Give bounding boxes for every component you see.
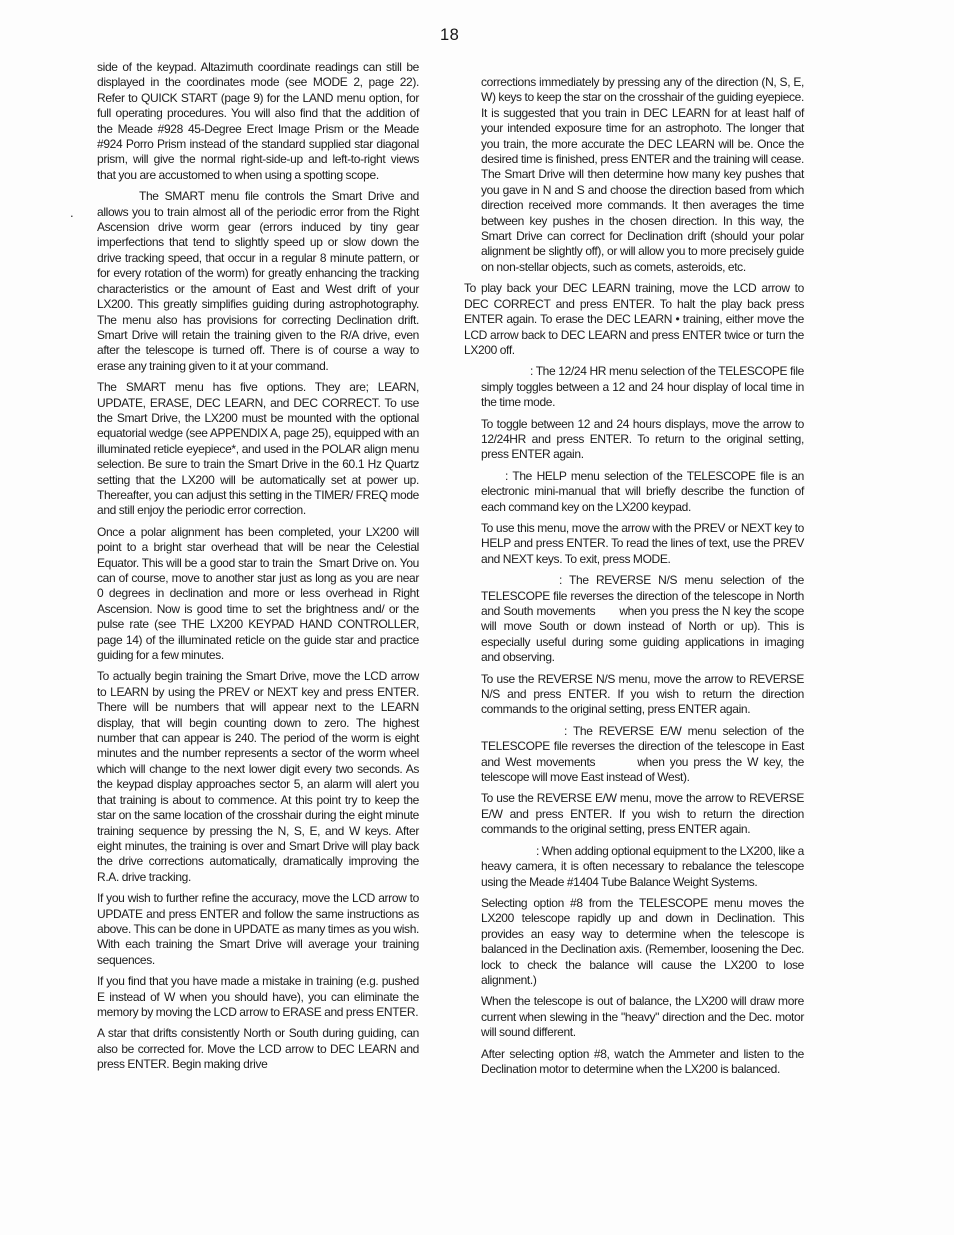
paragraph: : The 12/24 HR menu selection of the TEL… <box>481 364 804 410</box>
paragraph: : When adding optional equipment to the … <box>481 844 804 890</box>
paragraph: If you wish to further refine the accura… <box>97 891 419 968</box>
page-number: 18 <box>440 26 459 45</box>
paragraph: : The REVERSE E/W menu selection of the … <box>481 724 804 786</box>
paragraph: The SMART menu file controls the Smart D… <box>97 189 419 374</box>
stray-dot-mark: . <box>70 205 74 220</box>
paragraph: To play back your DEC LEARN training, mo… <box>464 281 804 358</box>
paragraph: To use this menu, move the arrow with th… <box>481 521 804 567</box>
paragraph: When the telescope is out of balance, th… <box>481 994 804 1040</box>
paragraph: To actually begin training the Smart Dri… <box>97 669 419 885</box>
paragraph: Once a polar alignment has been complete… <box>97 525 419 664</box>
paragraph: : The REVERSE N/S menu selection of the … <box>481 573 804 665</box>
right-column: corrections immediately by pressing any … <box>464 75 804 1077</box>
paragraph: If you find that you have made a mistake… <box>97 974 419 1020</box>
manual-page: 18 . side of the keypad. Altazimuth coor… <box>0 0 954 1235</box>
paragraph: Selecting option #8 from the TELESCOPE m… <box>481 896 804 988</box>
paragraph: A star that drifts consistently North or… <box>97 1026 419 1072</box>
paragraph: : The HELP menu selection of the TELESCO… <box>481 469 804 515</box>
paragraph: To use the REVERSE N/S menu, move the ar… <box>481 672 804 718</box>
left-column: side of the keypad. Altazimuth coordinat… <box>97 60 419 1073</box>
paragraph: corrections immediately by pressing any … <box>481 75 804 275</box>
paragraph: The SMART menu has five options. They ar… <box>97 380 419 519</box>
paragraph: To use the REVERSE E/W menu, move the ar… <box>481 791 804 837</box>
paragraph: side of the keypad. Altazimuth coordinat… <box>97 60 419 183</box>
paragraph: To toggle between 12 and 24 hours displa… <box>481 417 804 463</box>
paragraph: After selecting option #8, watch the Amm… <box>481 1047 804 1078</box>
